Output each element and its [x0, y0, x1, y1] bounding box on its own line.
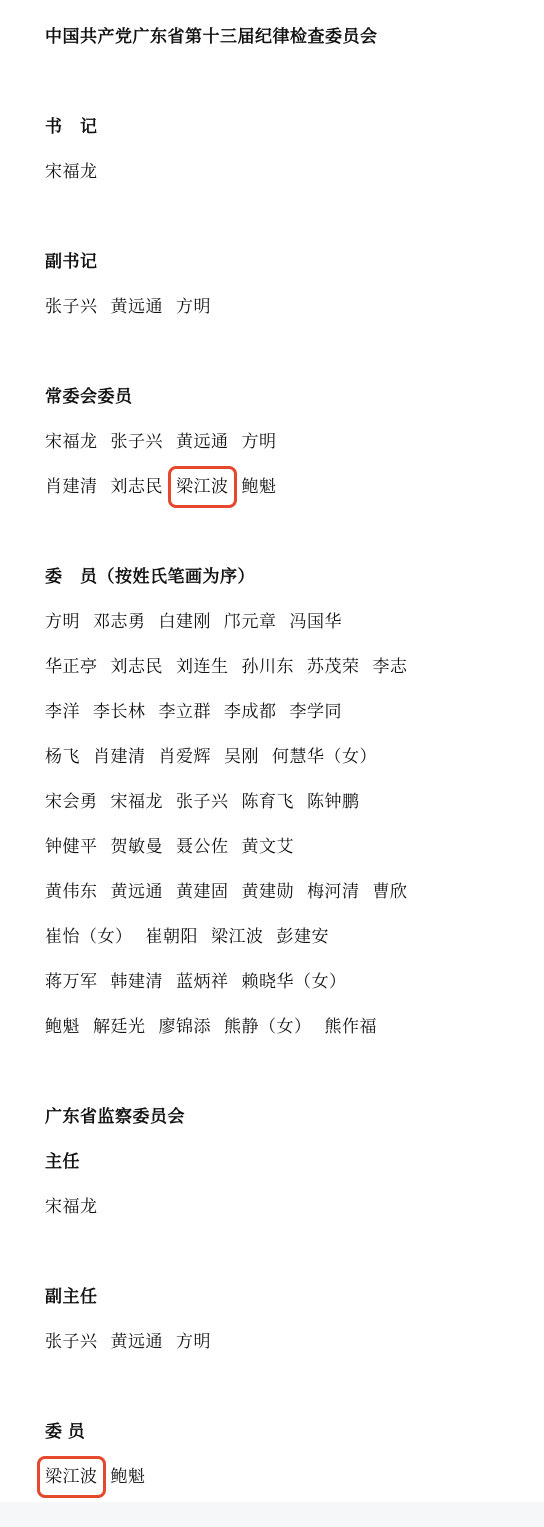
- name-row: 崔怡（女）崔朝阳梁江波彭建安: [45, 914, 516, 959]
- red-box-highlighted-member: 梁江波: [37, 1456, 106, 1498]
- member-name: 廖锦添: [159, 1017, 212, 1036]
- member-name: 李成都: [224, 702, 277, 721]
- member-name: 宋福龙: [45, 162, 98, 181]
- section-heading-director: 主任: [45, 1139, 516, 1184]
- member-name: 熊静（女）: [224, 1017, 312, 1036]
- name-row: 杨飞肖建清肖爱辉吴刚何慧华（女）: [45, 734, 516, 779]
- member-name: 肖建清: [45, 477, 98, 496]
- member-name: 解廷光: [93, 1017, 146, 1036]
- member-name: 蒋万军: [45, 972, 98, 991]
- section-heading-members: 委 员（按姓氏笔画为序）: [45, 554, 516, 599]
- supervisory-committee-title: 广东省监察委员会: [45, 1094, 516, 1139]
- member-name: 杨飞: [45, 747, 80, 766]
- section-director: 主任 宋福龙: [45, 1139, 516, 1229]
- member-name: 宋福龙: [45, 1197, 98, 1216]
- name-row: 黄伟东黄远通黄建固黄建勋梅河清曹欣: [45, 869, 516, 914]
- member-name: 崔朝阳: [146, 927, 199, 946]
- section-members: 委 员（按姓氏笔画为序） 方明邓志勇白建刚邝元章冯国华 华正亭刘志民刘连生孙川东…: [45, 554, 516, 1049]
- name-row: 华正亭刘志民刘连生孙川东苏茂荣李志: [45, 644, 516, 689]
- name-row: 梁江波鲍魁: [45, 1454, 516, 1499]
- member-name: 陈育飞: [242, 792, 295, 811]
- section-supervisory-committee: 广东省监察委员会 主任 宋福龙 副主任 张子兴黄远通方明 委 员 梁江波鲍魁: [45, 1094, 516, 1499]
- member-name: 李洋: [45, 702, 80, 721]
- member-name: 鲍魁: [45, 1017, 80, 1036]
- member-name: 李立群: [159, 702, 212, 721]
- member-name: 梁江波: [211, 927, 264, 946]
- member-name: 苏茂荣: [307, 657, 360, 676]
- name-row: 宋福龙: [45, 149, 516, 194]
- member-name: 方明: [242, 432, 277, 451]
- member-name: 黄建勋: [242, 882, 295, 901]
- member-name: 宋福龙: [45, 432, 98, 451]
- member-name: 方明: [45, 612, 80, 631]
- member-name: 鲍魁: [242, 477, 277, 496]
- name-row: 张子兴黄远通方明: [45, 1319, 516, 1364]
- member-name: 黄远通: [111, 882, 164, 901]
- member-name: 黄远通: [111, 1332, 164, 1351]
- member-name: 陈钟鹏: [307, 792, 360, 811]
- member-name: 刘志民: [111, 477, 164, 496]
- member-name: 贺敏曼: [111, 837, 164, 856]
- section-heading-secretary: 书 记: [45, 104, 516, 149]
- member-name: 肖爱辉: [159, 747, 212, 766]
- member-name: 钟健平: [45, 837, 98, 856]
- section-heading-supervisory-members: 委 员: [45, 1409, 516, 1454]
- member-name: 熊作福: [325, 1017, 378, 1036]
- member-name: 邝元章: [224, 612, 277, 631]
- section-heading-deputy-secretaries: 副书记: [45, 239, 516, 284]
- member-name: 孙川东: [242, 657, 295, 676]
- name-row: 鲍魁解廷光廖锦添熊静（女）熊作福: [45, 1004, 516, 1049]
- member-name: 蓝炳祥: [176, 972, 229, 991]
- member-name: 李学同: [290, 702, 343, 721]
- member-name: 赖晓华（女）: [242, 972, 347, 991]
- name-row: 钟健平贺敏曼聂公佐黄文艾: [45, 824, 516, 869]
- article-body: 中国共产党广东省第十三届纪律检查委员会 书 记 宋福龙 副书记 张子兴黄远通方明…: [0, 0, 544, 1499]
- member-name: 曹欣: [373, 882, 408, 901]
- name-row: 李洋李长林李立群李成都李学同: [45, 689, 516, 734]
- member-name: 彭建安: [277, 927, 330, 946]
- name-row: 宋福龙: [45, 1184, 516, 1229]
- member-name: 鲍魁: [111, 1467, 146, 1486]
- member-name: 张子兴: [176, 792, 229, 811]
- member-name: 方明: [176, 1332, 211, 1351]
- document-title: 中国共产党广东省第十三届纪律检查委员会: [45, 14, 516, 59]
- member-name: 张子兴: [45, 297, 98, 316]
- member-name: 刘志民: [111, 657, 164, 676]
- section-secretary: 书 记 宋福龙: [45, 104, 516, 194]
- name-row: 肖建清刘志民梁江波鲍魁: [45, 464, 516, 509]
- member-name: 梅河清: [307, 882, 360, 901]
- member-name: 冯国华: [290, 612, 343, 631]
- page-bottom-strip: [0, 1502, 544, 1527]
- member-name: 张子兴: [111, 432, 164, 451]
- member-name: 华正亭: [45, 657, 98, 676]
- member-name: 李志: [373, 657, 408, 676]
- member-name: 黄伟东: [45, 882, 98, 901]
- member-name: 聂公佐: [176, 837, 229, 856]
- member-name: 黄建固: [176, 882, 229, 901]
- name-row: 宋福龙张子兴黄远通方明: [45, 419, 516, 464]
- section-supervisory-members: 委 员 梁江波鲍魁: [45, 1409, 516, 1499]
- red-box-highlighted-member: 梁江波: [168, 466, 237, 508]
- member-name: 方明: [176, 297, 211, 316]
- member-name: 宋福龙: [111, 792, 164, 811]
- section-heading-deputy-directors: 副主任: [45, 1274, 516, 1319]
- name-row: 方明邓志勇白建刚邝元章冯国华: [45, 599, 516, 644]
- member-name: 邓志勇: [93, 612, 146, 631]
- section-deputy-secretaries: 副书记 张子兴黄远通方明: [45, 239, 516, 329]
- member-name: 李长林: [93, 702, 146, 721]
- member-name: 张子兴: [45, 1332, 98, 1351]
- member-name: 崔怡（女）: [45, 927, 133, 946]
- name-row: 蒋万军韩建清蓝炳祥赖晓华（女）: [45, 959, 516, 1004]
- member-name: 吴刚: [224, 747, 259, 766]
- member-name: 白建刚: [159, 612, 212, 631]
- name-row: 张子兴黄远通方明: [45, 284, 516, 329]
- section-heading-standing-committee: 常委会委员: [45, 374, 516, 419]
- member-name: 何慧华（女）: [272, 747, 377, 766]
- member-name: 韩建清: [111, 972, 164, 991]
- section-standing-committee: 常委会委员 宋福龙张子兴黄远通方明 肖建清刘志民梁江波鲍魁: [45, 374, 516, 509]
- member-name: 肖建清: [93, 747, 146, 766]
- member-name: 刘连生: [176, 657, 229, 676]
- section-deputy-directors: 副主任 张子兴黄远通方明: [45, 1274, 516, 1364]
- name-row: 宋会勇宋福龙张子兴陈育飞陈钟鹏: [45, 779, 516, 824]
- member-name: 黄文艾: [242, 837, 295, 856]
- member-name: 黄远通: [111, 297, 164, 316]
- member-name: 黄远通: [176, 432, 229, 451]
- member-name: 宋会勇: [45, 792, 98, 811]
